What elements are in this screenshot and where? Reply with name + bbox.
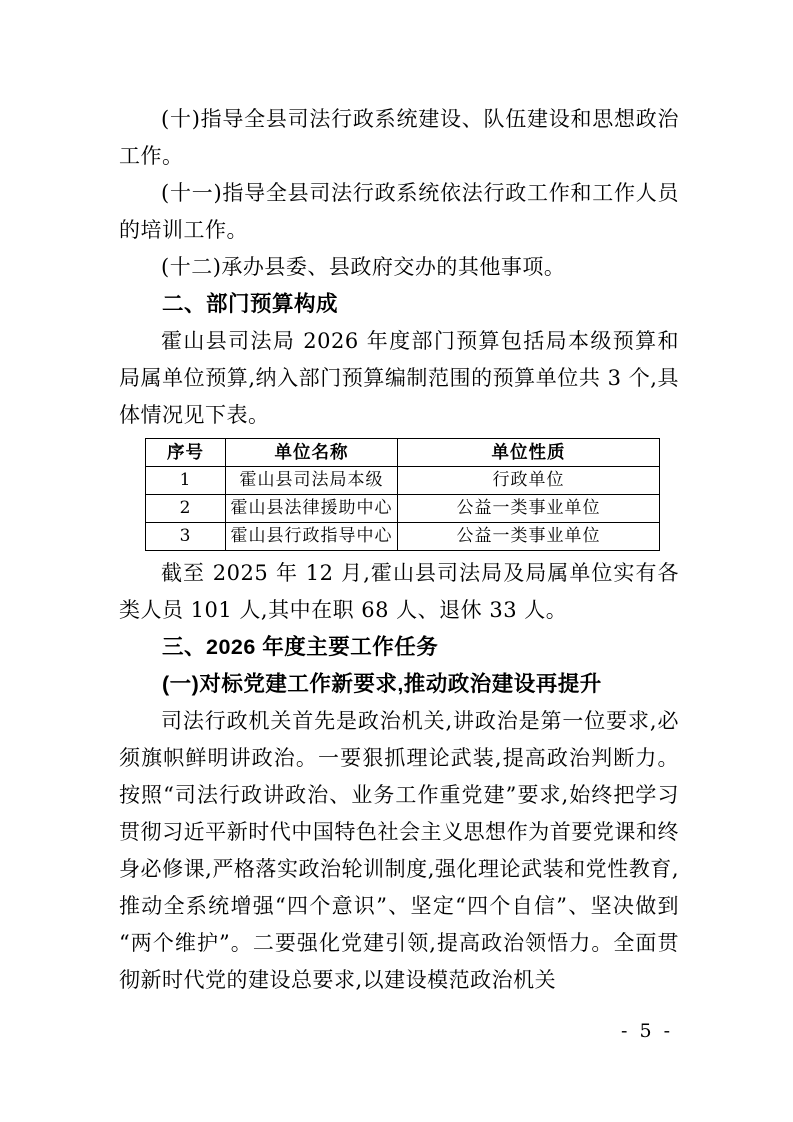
table-cell-unit-name: 霍山县行政指导中心 — [226, 523, 398, 551]
table-header-index: 序号 — [146, 439, 226, 467]
table-cell-unit-name: 霍山县司法局本级 — [226, 467, 398, 495]
table-row: 1 霍山县司法局本级 行政单位 — [146, 467, 660, 495]
table-cell-index: 3 — [146, 523, 226, 551]
table-cell-index: 2 — [146, 495, 226, 523]
page-number: - 5 - — [621, 1020, 673, 1042]
table-row: 2 霍山县法律援助中心 公益一类事业单位 — [146, 495, 660, 523]
table-cell-index: 1 — [146, 467, 226, 495]
table-row: 3 霍山县行政指导中心 公益一类事业单位 — [146, 523, 660, 551]
table-cell-unit-nature: 行政单位 — [398, 467, 660, 495]
section-heading-budget-composition: 二、部门预算构成 — [119, 286, 679, 323]
document-page: (十)指导全县司法行政系统建设、队伍建设和思想政治工作。 (十一)指导全县司法行… — [0, 0, 793, 1122]
budget-intro-paragraph: 霍山县司法局 2026 年度部门预算包括局本级预算和局属单位预算,纳入部门预算编… — [119, 323, 679, 434]
party-building-paragraph: 司法行政机关首先是政治机关,讲政治是第一位要求,必须旗帜鲜明讲政治。一要狠抓理论… — [119, 703, 679, 999]
subsection-heading-party-building: (一)对标党建工作新要求,推动政治建设再提升 — [119, 666, 679, 703]
table-cell-unit-nature: 公益一类事业单位 — [398, 495, 660, 523]
duty-paragraph-10: (十)指导全县司法行政系统建设、队伍建设和思想政治工作。 — [119, 101, 679, 175]
table-header-unit-name: 单位名称 — [226, 439, 398, 467]
duty-paragraph-12: (十二)承办县委、县政府交办的其他事项。 — [119, 249, 679, 286]
staff-count-paragraph: 截至 2025 年 12 月,霍山县司法局及局属单位实有各类人员 101 人,其… — [119, 555, 679, 629]
table-cell-unit-nature: 公益一类事业单位 — [398, 523, 660, 551]
document-body: (十)指导全县司法行政系统建设、队伍建设和思想政治工作。 (十一)指导全县司法行… — [119, 101, 679, 999]
table-cell-unit-name: 霍山县法律援助中心 — [226, 495, 398, 523]
budget-units-table: 序号 单位名称 单位性质 1 霍山县司法局本级 行政单位 2 霍山县法律援助中心… — [145, 438, 660, 551]
table-header-unit-nature: 单位性质 — [398, 439, 660, 467]
table-header-row: 序号 单位名称 单位性质 — [146, 439, 660, 467]
duty-paragraph-11: (十一)指导全县司法行政系统依法行政工作和工作人员的培训工作。 — [119, 175, 679, 249]
section-heading-2026-tasks: 三、2026 年度主要工作任务 — [119, 629, 679, 666]
